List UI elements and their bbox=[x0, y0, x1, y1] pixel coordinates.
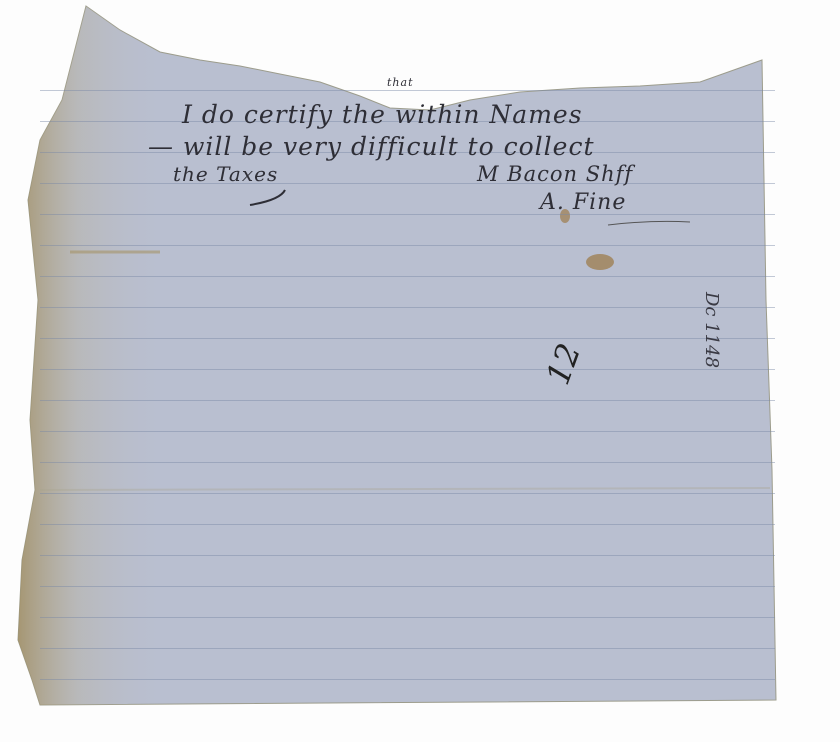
handwritten-line-3: the Taxes bbox=[173, 162, 278, 186]
signature-fine: A. Fine bbox=[540, 190, 626, 215]
document-page: that I do certify the within Names — wil… bbox=[0, 0, 840, 742]
handwritten-line-1: I do certify the within Names bbox=[182, 100, 583, 129]
margin-annotation: Dc 1148 bbox=[701, 292, 722, 368]
signature-sheriff: M Bacon Shff bbox=[477, 162, 633, 186]
interlinear-text: that bbox=[387, 76, 413, 89]
handwritten-line-2: — will be very difficult to collect bbox=[148, 132, 595, 161]
